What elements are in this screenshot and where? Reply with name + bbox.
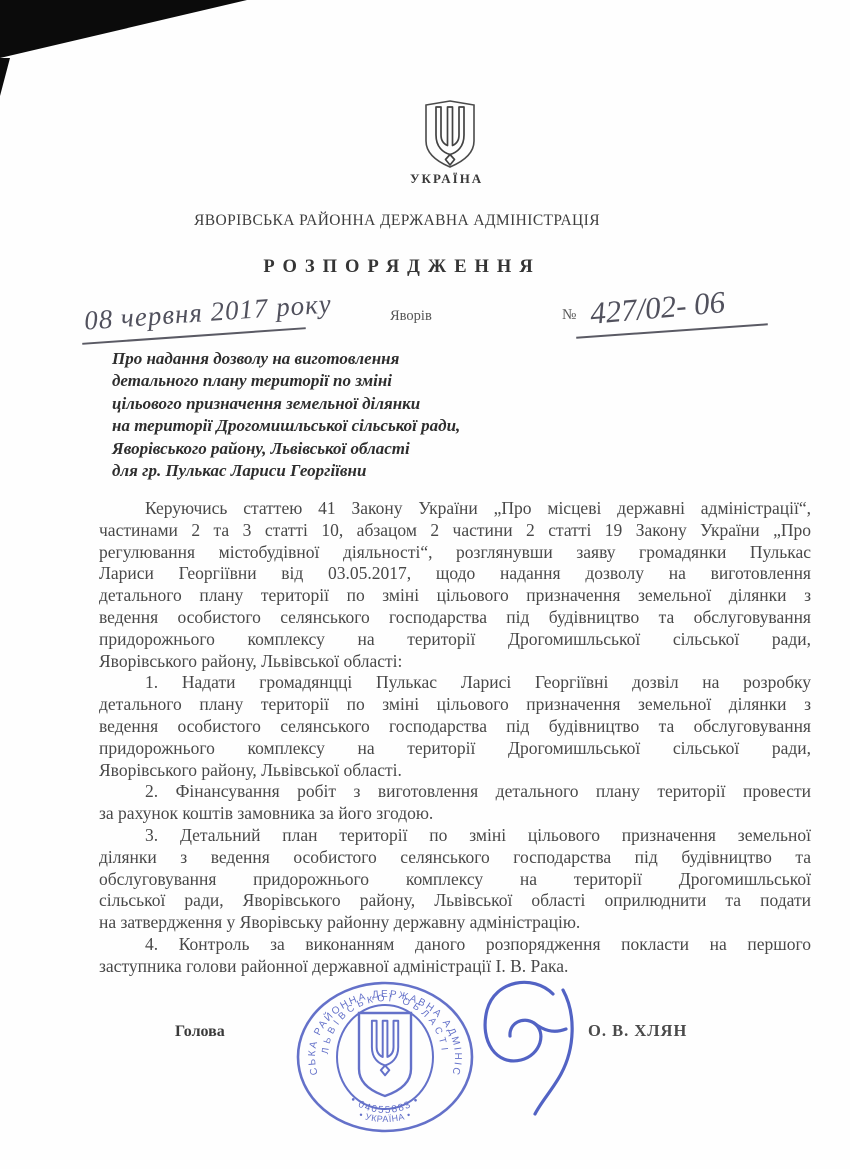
authority-title: ЯВОРІВСЬКА РАЙОННА ДЕРЖАВНА АДМІНІСТРАЦІ… xyxy=(0,212,794,230)
scanned-document-page: УКРАЇНА ЯВОРІВСЬКА РАЙОННА ДЕРЖАВНА АДМІ… xyxy=(0,0,850,1169)
country-label: УКРАЇНА xyxy=(410,171,483,187)
body-line: Яворівського району, Львівської області: xyxy=(99,651,811,673)
subject-line: цільового призначення земельної ділянки xyxy=(112,393,562,415)
body-line: на затвердження у Яворівську районну дер… xyxy=(99,912,811,934)
subject-line: детального плану території по зміні xyxy=(112,370,562,392)
body-line: обслуговування придорожнього комплексу н… xyxy=(99,869,811,891)
subject-line: на території Дрогомишльської сільської р… xyxy=(112,415,562,437)
body-line: 4. Контроль за виконанням даного розпоря… xyxy=(99,934,811,956)
body-line: частинами 2 та 3 статті 10, абзацом 2 ча… xyxy=(99,520,811,542)
subject-line: для гр. Пулькас Лариси Георгіївни xyxy=(112,460,562,482)
body-line: регулювання містобудівної діяльності“, р… xyxy=(99,542,811,564)
tryzub-emblem-icon xyxy=(422,99,478,169)
body-line: ведення особистого селянського господарс… xyxy=(99,716,811,738)
body-line: Яворівського району, Львівської області. xyxy=(99,760,811,782)
body-line: за рахунок коштів замовника за його згод… xyxy=(99,803,811,825)
body-line: 3. Детальний план території по зміні ціл… xyxy=(99,825,811,847)
body-line: ділянки з ведення особистого селянського… xyxy=(99,847,811,869)
body-line: Керуючись статтею 41 Закону України „Про… xyxy=(99,498,811,520)
number-sign: № xyxy=(562,307,576,324)
handwritten-number: 427/02- 06 xyxy=(589,284,727,332)
handwritten-signature xyxy=(435,970,595,1135)
document-type-title: РОЗПОРЯДЖЕННЯ xyxy=(0,257,804,278)
stamp-shield xyxy=(359,1013,411,1096)
body-line: Лариси Георгіївни від 03.05.2017, щодо н… xyxy=(99,563,811,585)
body-line: 2. Фінансування робіт з виготовлення дет… xyxy=(99,781,811,803)
subject-block: Про надання дозволу на виготовлення дета… xyxy=(112,348,562,482)
body-line: придорожнього комплексу на території Дро… xyxy=(99,738,811,760)
svg-text:• 04055883 •: • 04055883 • xyxy=(348,1095,422,1117)
body-line: детального плану території по зміні ціль… xyxy=(99,585,811,607)
stamp-code: • 04055883 • xyxy=(348,1095,422,1117)
body-text: Керуючись статтею 41 Закону України „Про… xyxy=(99,498,811,978)
scan-corner-artifact xyxy=(0,0,260,100)
stamp-tryzub-icon xyxy=(372,1021,398,1076)
body-line: сільської ради, Яворівського району, Льв… xyxy=(99,890,811,912)
body-line: детального плану території по зміні ціль… xyxy=(99,694,811,716)
body-line: придорожнього комплексу на території Дро… xyxy=(99,629,811,651)
body-line: 1. Надати громадянцці Пулькас Ларисі Гео… xyxy=(99,672,811,694)
signer-role-label: Голова xyxy=(175,1023,225,1041)
subject-line: Яворівського району, Львівської області xyxy=(112,438,562,460)
place-label: Яворів xyxy=(390,308,432,325)
signer-name: О. В. ХЛЯН xyxy=(588,1021,687,1041)
body-line: ведення особистого селянського господарс… xyxy=(99,607,811,629)
subject-line: Про надання дозволу на виготовлення xyxy=(112,348,562,370)
